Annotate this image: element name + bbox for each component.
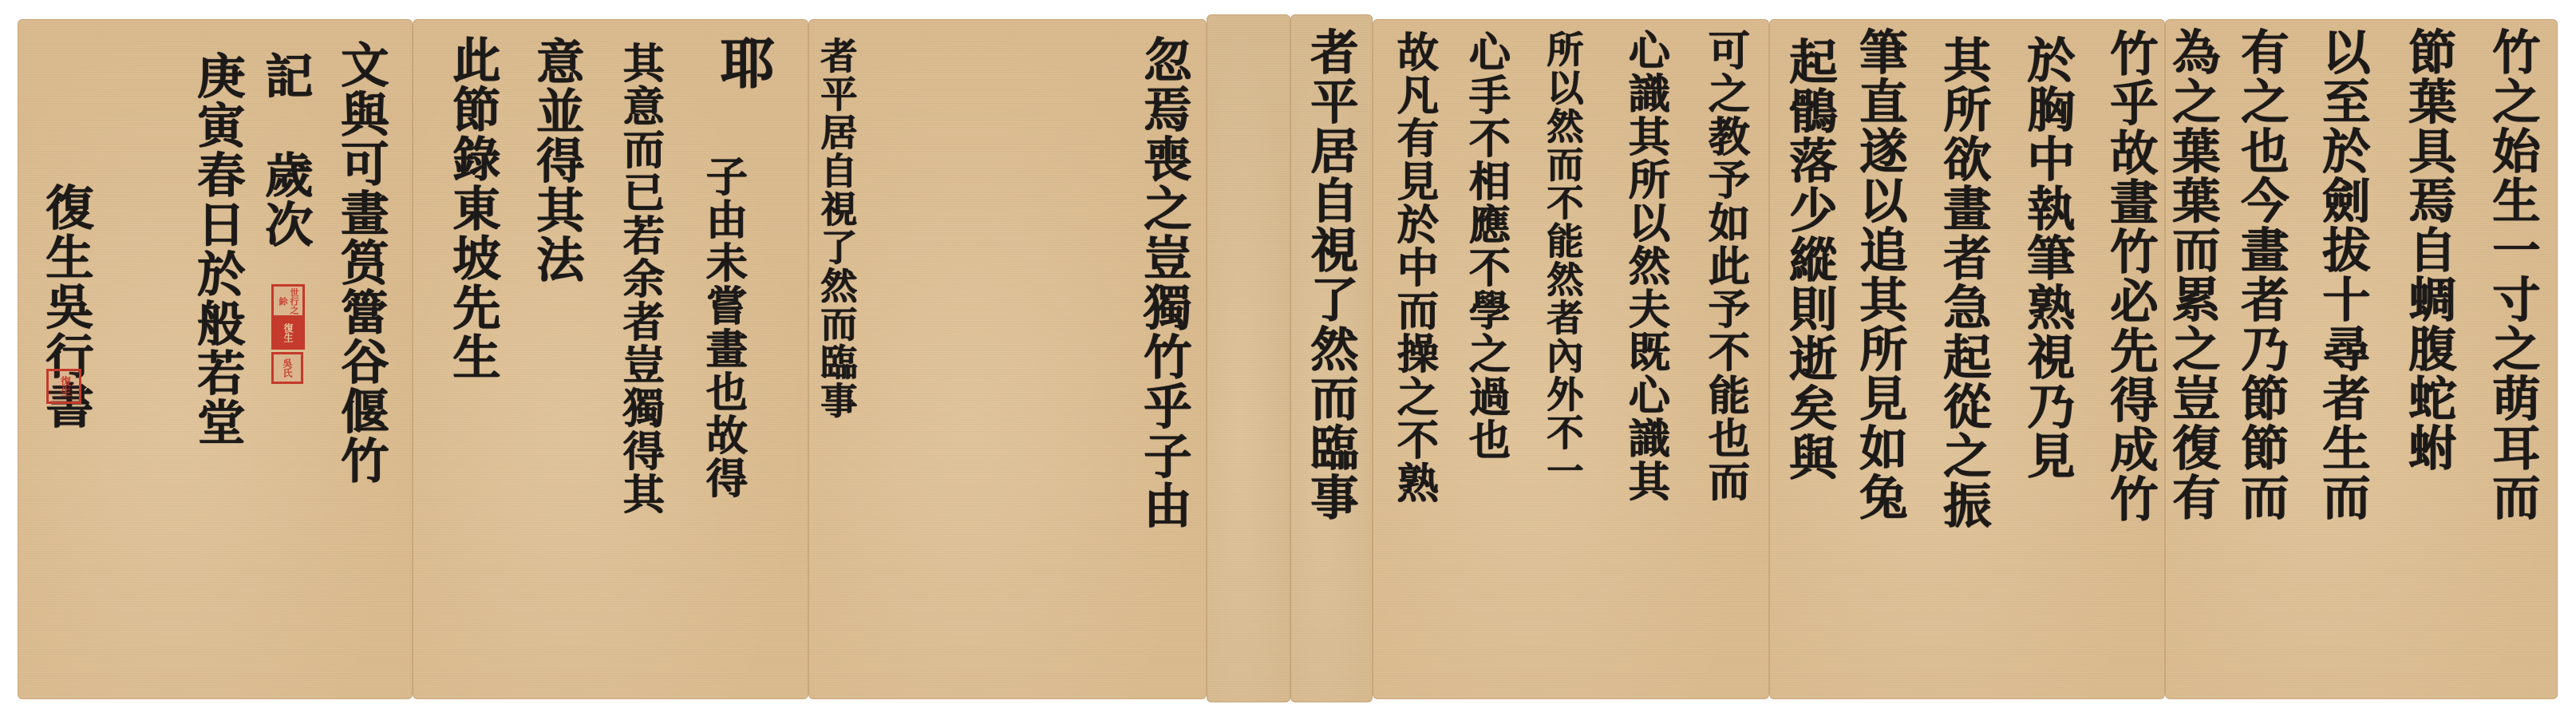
text-column: 其意而已若余者豈獨得其 xyxy=(618,42,660,516)
text-column: 子由未嘗畫也故得 xyxy=(701,155,743,500)
text-column: 心識其所以然夫既心識其 xyxy=(1624,29,1665,503)
text-column: 文與可畫筼簹谷偃竹 xyxy=(337,40,385,485)
panel-4 xyxy=(1207,14,1290,702)
seal-artist: 復生 xyxy=(46,369,81,404)
panel-3: 忽焉喪之豈獨竹乎子由 者平居自視了然而臨事 xyxy=(808,19,1207,699)
panel-2: 耶 子由未嘗畫也故得 其意而已若余者豈獨得其 意並得其法 此節錄東坡先生 xyxy=(413,19,808,699)
text-column: 其所欲畫者急起從之振 xyxy=(1939,35,1987,530)
text-column: 節葉具焉自蜩腹蛇蚹 xyxy=(2404,27,2452,473)
text-column: 所以然而不能然者內外不一 xyxy=(1544,30,1581,490)
text-column: 者平居自視了然而臨事 xyxy=(1306,27,1354,522)
panel-7: 竹乎故畫竹必先得成竹 於胸中執筆熟視乃見 其所欲畫者急起從之振 筆直遂以追其所見… xyxy=(1769,19,2165,699)
panel-5: 者平居自視了然而臨事 xyxy=(1290,14,1373,702)
seal-collector-lower: 吳氏 xyxy=(271,352,303,384)
calligraphy-handscroll: 文與可畫筼簹谷偃竹 記 歲次 庚寅春日於般若堂 復生吳行書 世行之鉩 復生 吳氏… xyxy=(0,0,2576,712)
text-column: 有之也今畫者乃節節而 xyxy=(2237,27,2285,522)
text-column: 竹之始生一寸之萌耳而 xyxy=(2488,27,2536,522)
text-column: 耶 xyxy=(716,35,770,91)
panel-1: 文與可畫筼簹谷偃竹 記 歲次 庚寅春日於般若堂 復生吳行書 世行之鉩 復生 吳氏… xyxy=(18,19,413,699)
text-column: 起鶻落少縱則逝矣與 xyxy=(1785,37,1833,482)
seal-collector-middle: 復生 xyxy=(271,316,305,350)
text-column: 意並得其法 xyxy=(532,37,580,284)
text-column: 忽焉喪之豈獨竹乎子由 xyxy=(1140,35,1187,530)
text-column: 此節錄東坡先生 xyxy=(448,35,496,382)
text-column: 竹乎故畫竹必先得成竹 xyxy=(2106,29,2154,524)
panel-6: 可之教予如此予不能也而 心識其所以然夫既心識其 所以然而不能然者內外不一 心手不… xyxy=(1373,19,1769,699)
text-column: 故凡有見於中而操之不熟 xyxy=(1393,30,1434,504)
text-column: 以至於劍拔十尋者生而 xyxy=(2318,27,2366,522)
text-column: 可之教予如此予不能也而 xyxy=(1704,29,1745,503)
text-column: 者平居自視了然而臨事 xyxy=(818,37,855,420)
text-column: 筆直遂以追其所見如兔 xyxy=(1855,27,1903,522)
text-column: 於胸中執筆熟視乃見 xyxy=(2023,35,2071,481)
text-column: 為之葉葉而累之豈復有 xyxy=(2168,27,2216,522)
panel-8: 竹之始生一寸之萌耳而 節葉具焉自蜩腹蛇蚹 以至於劍拔十尋者生而 有之也今畫者乃節… xyxy=(2165,19,2558,699)
text-column: 庚寅春日於般若堂 xyxy=(193,51,241,447)
text-column: 心手不相應不學之過也 xyxy=(1464,30,1506,461)
seal-collector-upper: 世行之鉩 xyxy=(271,284,305,318)
text-column: 記 歲次 xyxy=(261,51,309,249)
